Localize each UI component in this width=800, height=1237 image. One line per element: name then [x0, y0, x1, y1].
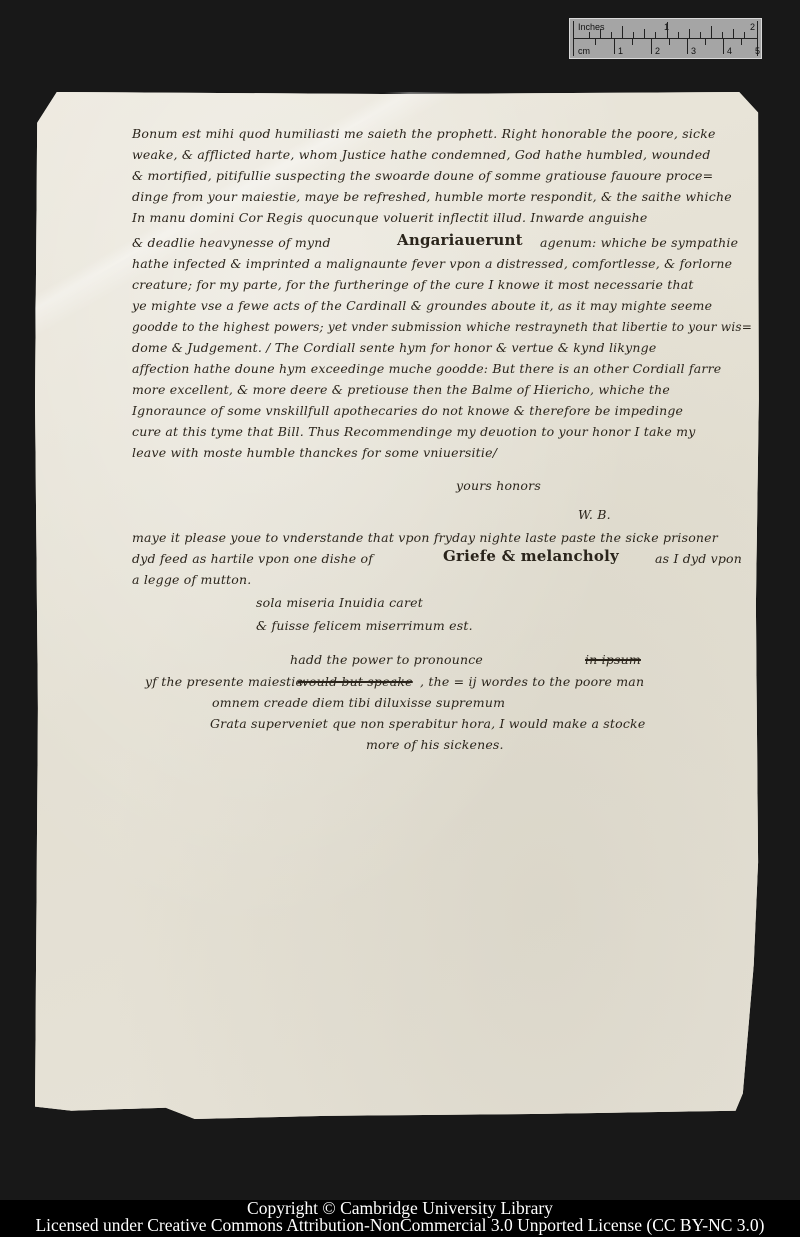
manuscript-line: Ignoraunce of some vnskillfull apothecar… — [132, 405, 683, 418]
manuscript-line: hadd the power to pronounce — [290, 654, 483, 667]
manuscript-line: in ipsum — [585, 654, 641, 667]
manuscript-line: affection hathe doune hym exceedinge muc… — [132, 363, 721, 376]
ruler-tick — [633, 32, 634, 38]
ruler-tick — [600, 29, 601, 38]
manuscript-line: sola miseria Inuidia caret — [256, 597, 423, 610]
manuscript-line: leave with moste humble thanckes for som… — [132, 447, 497, 460]
ruler-cm-mark: 4 — [727, 47, 732, 56]
ruler-tick — [711, 26, 712, 38]
manuscript-line: Bonum est mihi quod humiliasti me saieth… — [132, 128, 716, 141]
ruler-tick — [595, 38, 596, 45]
manuscript-line: more of his sickenes. — [366, 739, 504, 752]
ruler-tick — [678, 32, 679, 38]
manuscript-line: would but speake — [298, 676, 413, 689]
manuscript-line: In manu domini Cor Regis quocunque volue… — [132, 212, 647, 225]
manuscript-line: creature; for my parte, for the furtheri… — [132, 279, 694, 292]
ruler-tick — [705, 38, 706, 45]
ruler-tick — [651, 38, 652, 54]
manuscript-line: goodde to the highest powers; yet vnder … — [132, 321, 752, 334]
manuscript-line: hathe infected & imprinted a malignaunte… — [132, 258, 732, 271]
ruler-tick — [700, 32, 701, 38]
ruler-cm-mark: 2 — [655, 47, 660, 56]
manuscript-line: & mortified, pitifullie suspecting the s… — [132, 170, 713, 183]
manuscript-line: & fuisse felicem miserrimum est. — [256, 620, 473, 633]
manuscript-line: omnem creade diem tibi diluxisse supremu… — [212, 697, 505, 710]
ruler-inch-mark: 2 — [750, 23, 755, 32]
ruler-tick — [744, 32, 745, 38]
ruler-tick — [644, 29, 645, 38]
ruler-cm-mark: 1 — [618, 47, 623, 56]
ruler-tick — [723, 38, 724, 54]
ruler-tick — [614, 38, 615, 54]
ruler-cm-label: cm — [578, 47, 590, 56]
ruler-tick — [689, 29, 690, 38]
manuscript-line: yf the presente maiestie — [145, 676, 303, 689]
ruler-tick — [733, 29, 734, 38]
manuscript-line: Grata superveniet que non sperabitur hor… — [210, 718, 645, 731]
image-viewer: Inches 1 2 cm 1 2 3 4 5 B — [0, 0, 800, 1200]
manuscript-line: dinge from your maiestie, maye be refres… — [132, 191, 732, 204]
manuscript-line: as I dyd vpon — [655, 553, 742, 566]
ruler-tick — [611, 32, 612, 38]
manuscript-line: W. B. — [578, 509, 611, 522]
manuscript-line: dome & Judgement. / The Cordiall sente h… — [132, 342, 656, 355]
manuscript-line: & deadlie heavynesse of mynd — [132, 237, 331, 250]
ruler-tick — [669, 38, 670, 45]
manuscript-line: , the = ij wordes to the poore man — [420, 676, 644, 689]
ruler-tick — [741, 38, 742, 45]
ruler-tick — [622, 26, 623, 38]
ruler-tick — [655, 32, 656, 38]
ruler-tick — [589, 32, 590, 38]
manuscript-line: dyd feed as hartile vpon one dishe of — [132, 553, 373, 566]
manuscript-line: Angariauerunt — [397, 233, 523, 248]
copyright-footer: Copyright © Cambridge University Library… — [0, 1200, 800, 1237]
manuscript-line: a legge of mutton. — [132, 574, 251, 587]
manuscript-line: more excellent, & more deere & pretiouse… — [132, 384, 670, 397]
manuscript-line: agenum: whiche be sympathie — [540, 237, 738, 250]
manuscript-line: weake, & afflicted harte, whom Justice h… — [132, 149, 711, 162]
ruler-midline — [573, 38, 758, 39]
ruler-cm-mark: 5 — [755, 47, 760, 56]
ruler-tick — [687, 38, 688, 54]
manuscript-line: cure at this tyme that Bill. Thus Recomm… — [132, 426, 696, 439]
ruler-cm-mark: 3 — [691, 47, 696, 56]
license-line: Licensed under Creative Commons Attribut… — [0, 1217, 800, 1234]
manuscript-line: Griefe & melancholy — [443, 549, 619, 564]
ruler-tick — [632, 38, 633, 45]
manuscript-line: ye mighte vse a fewe acts of the Cardina… — [132, 300, 712, 313]
manuscript-line: maye it please youe to vnderstande that … — [132, 532, 718, 545]
manuscript-line: yours honors — [456, 480, 541, 493]
ruler-tick — [667, 22, 668, 38]
scale-ruler: Inches 1 2 cm 1 2 3 4 5 — [569, 18, 762, 59]
